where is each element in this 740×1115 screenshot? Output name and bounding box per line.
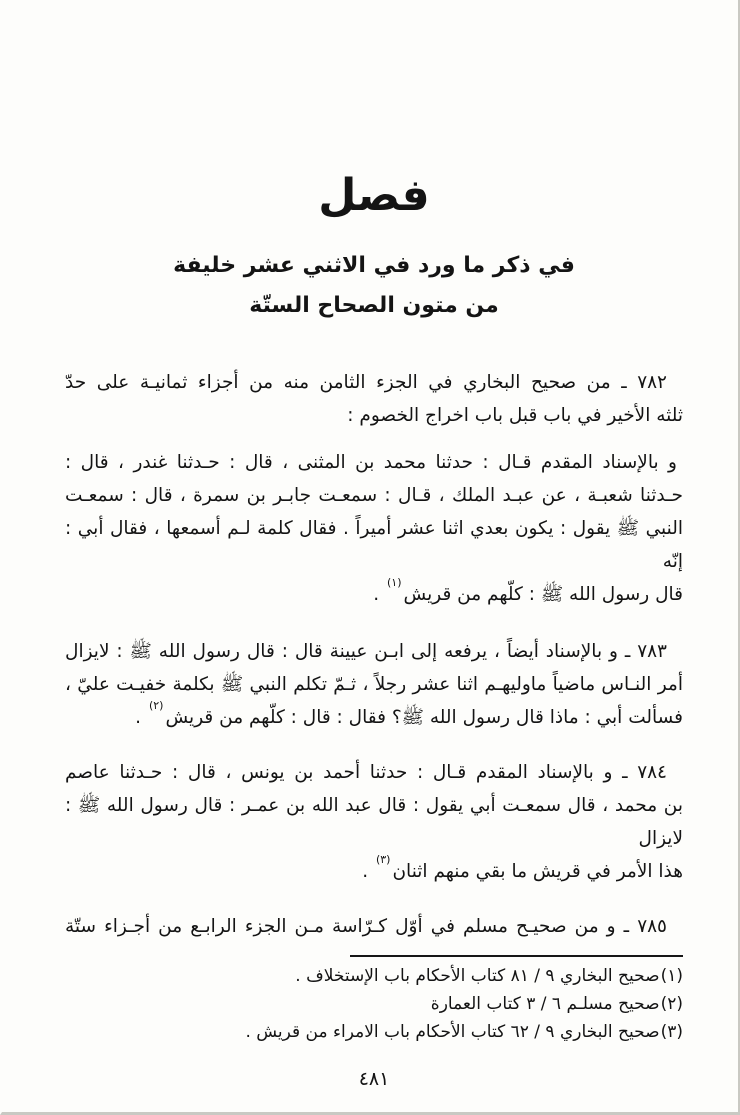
subtitle-line-1: في ذكر ما ورد في الاثني عشر خليفة bbox=[65, 246, 683, 286]
text-line: ٧٨٣ ـ و بالإسناد أيضاً ، يرفعه إلى ابـن … bbox=[65, 635, 683, 668]
text-line: حـدثنا شعبـة ، عن عبـد الملك ، قـال : سم… bbox=[65, 479, 683, 512]
text-line: هذا الأمر في قريش ما بقي منهم اثنان(٣) . bbox=[65, 855, 683, 888]
hadith-785: ٧٨٥ ـ و من صحيـح مسلم في أوّل كـرّاسة مـ… bbox=[65, 910, 683, 943]
hadith-quote: فسألت أبي : ماذا قال رسول الله ﷺ؟ فقال :… bbox=[165, 707, 683, 728]
footnote-2: (٢)صحيح مسلـم ٦ / ٣ كتاب العمارة bbox=[65, 990, 683, 1018]
text-line: النبي ﷺ يقول : يكون بعدي اثنا عشر أميراً… bbox=[65, 512, 683, 578]
page-number: ٤٨١ bbox=[65, 1068, 683, 1090]
footnote-3: (٣)صحيح البخاري ٩ / ٦٢ كتاب الأحكام باب … bbox=[65, 1018, 683, 1046]
hadith-quote: قال رسول الله ﷺ : كلّهم من قريش bbox=[404, 584, 683, 605]
footnote-separator bbox=[350, 955, 683, 957]
page-body: ٧٨٢ ـ من صحيح البخاري في الجزء الثامن من… bbox=[65, 366, 683, 943]
footnote-ref-2: (٢) bbox=[149, 699, 164, 712]
sentence-end: . bbox=[362, 861, 374, 882]
footnote-text: صحيح البخاري ٩ / ٨١ كتاب الأحكام باب الإ… bbox=[295, 966, 659, 986]
subtitle-line-2: من متون الصحاح الستّة bbox=[65, 286, 683, 326]
footnote-1: (١)صحيح البخاري ٩ / ٨١ كتاب الأحكام باب … bbox=[65, 962, 683, 990]
chapter-subtitle: في ذكر ما ورد في الاثني عشر خليفة من متو… bbox=[65, 246, 683, 326]
text-line: ٧٨٥ ـ و من صحيـح مسلم في أوّل كـرّاسة مـ… bbox=[65, 910, 683, 943]
hadith-quote: هذا الأمر في قريش ما بقي منهم اثنان bbox=[392, 861, 683, 882]
footnote-text: صحيح البخاري ٩ / ٦٢ كتاب الأحكام باب الا… bbox=[245, 1022, 659, 1042]
sentence-end: . bbox=[373, 584, 385, 605]
text-line: و بالإسناد المقدم قـال : حدثنا محمد بن ا… bbox=[65, 446, 683, 479]
sentence-end: . bbox=[135, 707, 147, 728]
book-page: فصل في ذكر ما ورد في الاثني عشر خليفة من… bbox=[0, 0, 740, 1115]
footnote-marker: (٣) bbox=[661, 1022, 683, 1042]
footnote-marker: (١) bbox=[661, 966, 683, 986]
hadith-782-intro: ٧٨٢ ـ من صحيح البخاري في الجزء الثامن من… bbox=[65, 366, 683, 432]
text-line: قال رسول الله ﷺ : كلّهم من قريش(١) . bbox=[65, 578, 683, 611]
footnote-text: صحيح مسلـم ٦ / ٣ كتاب العمارة bbox=[431, 994, 660, 1014]
page-title: فصل bbox=[65, 0, 683, 226]
hadith-782-isnad: و بالإسناد المقدم قـال : حدثنا محمد بن ا… bbox=[65, 446, 683, 611]
footnotes-section: (١)صحيح البخاري ٩ / ٨١ كتاب الأحكام باب … bbox=[65, 955, 683, 1046]
text-line: ثلثه الأخير في باب قبل باب اخراج الخصوم … bbox=[65, 399, 683, 432]
text-line: بن محمد ، قال سمعـت أبي يقول : قال عبد ا… bbox=[65, 789, 683, 855]
hadith-784: ٧٨٤ ـ و بالإسناد المقدم قـال : حدثنا أحم… bbox=[65, 756, 683, 888]
footnote-ref-1: (١) bbox=[387, 576, 402, 589]
footnote-marker: (٢) bbox=[661, 994, 683, 1014]
text-line: ٧٨٢ ـ من صحيح البخاري في الجزء الثامن من… bbox=[65, 366, 683, 399]
hadith-783: ٧٨٣ ـ و بالإسناد أيضاً ، يرفعه إلى ابـن … bbox=[65, 635, 683, 734]
text-line: أمر النـاس ماضياً ماوليهـم اثنا عشر رجلا… bbox=[65, 668, 683, 701]
text-line: ٧٨٤ ـ و بالإسناد المقدم قـال : حدثنا أحم… bbox=[65, 756, 683, 789]
footnote-ref-3: (٣) bbox=[376, 853, 391, 866]
text-line: فسألت أبي : ماذا قال رسول الله ﷺ؟ فقال :… bbox=[65, 701, 683, 734]
